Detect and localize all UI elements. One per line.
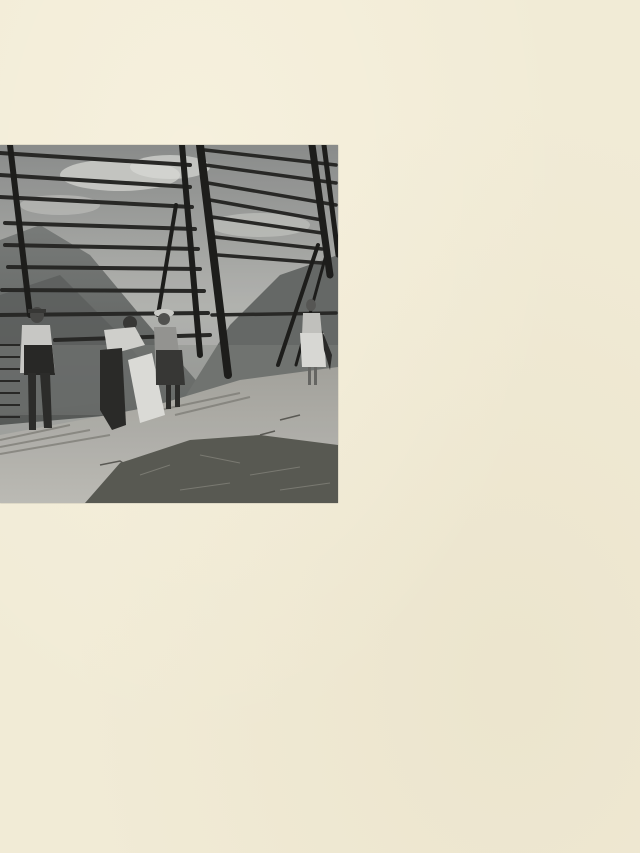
album-page (0, 0, 640, 853)
mountain-hay-rack-photo (0, 145, 338, 503)
photo-illustration (0, 145, 338, 503)
